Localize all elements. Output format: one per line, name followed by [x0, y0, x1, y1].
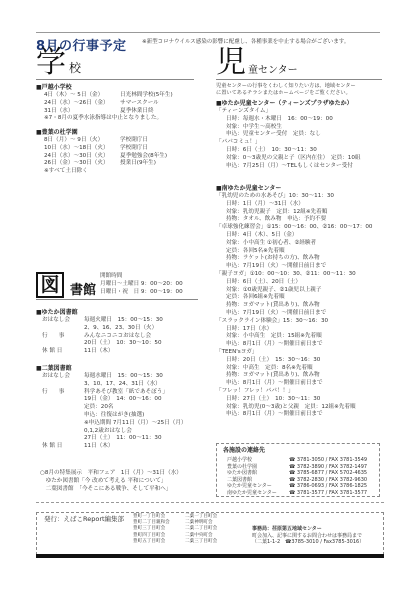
library-heading: 図 書館 — [36, 272, 96, 298]
row-event: サマースクール — [120, 100, 159, 108]
row-line: 申込：往復はがき(抽選) — [84, 412, 187, 420]
office-label: 事務局：荏原第五地域センター — [252, 526, 364, 533]
top-rule — [36, 32, 380, 33]
event-line: 持物：ヨガマット(貸出あり)、飲み物 — [216, 372, 372, 380]
assoc-col-2: 二葉一丁目町会 二葉神明町会 二葉二丁目町会 二葉中央町会 二葉三丁目町会 — [185, 514, 217, 545]
event-line: 申込：7月25日（月）～TELもしくはセンター受付 — [216, 163, 361, 171]
event-line: 持物：ヨガマット(貸出あり)、飲み物 — [216, 302, 372, 310]
row-line: 定員：20名 — [84, 404, 187, 412]
intro-line: に置いてあるチラシまたはホームページをご覧ください。 — [216, 90, 356, 97]
event-line: 定員：各回6組※先着順 — [216, 294, 372, 302]
contact-row: 南ゆたか児童センター☎ 3781-3577 / FAX 3781-3577 — [223, 490, 373, 497]
contacts-box: 各施設の連絡先 戸越小学校☎ 3781-3050 / FAX 3781-3549… — [216, 443, 380, 497]
event-line: 申込：7月19日（火）～開催日前日まで — [216, 310, 372, 318]
row-date: 4日（木）～ 5日（金） — [44, 92, 120, 100]
assoc-col-1: 豊町一丁目町会 豊町二丁目親和会 豊町三丁目町会 豊町四丁目町会 豊町五丁目町会 — [133, 514, 170, 545]
children-section-minami: ■南ゆたか児童センター 「乳幼児のための水あそび」10：30～11：30 日時：… — [216, 185, 372, 419]
row-line: 27日（土） 11：00～11：30 — [84, 435, 187, 443]
office-contact: （二葉1-1-2 ☎3785-3010 / Fax3785-3016） — [252, 539, 364, 546]
contact-info: 3786-0693 / FAX 3786-1825 — [297, 483, 367, 490]
row-key: 休 館 日 — [42, 443, 84, 451]
phone-icon: ☎ — [289, 457, 295, 464]
event-line: 日時：4日（木）、5日（金） — [216, 232, 372, 240]
contact-name: ゆたか図書館 — [227, 470, 289, 477]
school-big-char: 学 — [36, 48, 66, 78]
schedule-row: 4日（木）～ 5日（金）日光林間学校(5年生) — [36, 92, 173, 100]
event-line: 日時：27日（土） 10：30～11：30 — [216, 396, 372, 404]
event-line: 日時：6日（土） 10：30～11：30 — [216, 147, 361, 155]
children-rule — [216, 79, 382, 80]
row-key: 行 事 — [42, 333, 84, 349]
event-line: 日時：6日（土）、20日（土） — [216, 279, 372, 287]
office-info: 事務局：荏原第五地域センター 町会加入、記事に関するお問合わせは事務局まで （二… — [252, 526, 364, 546]
exhibit-line: ○8月の特集展示 平和フェア 1日（月）～31日（水） — [40, 470, 182, 478]
publisher: 発行：えばこReport編集部 — [44, 516, 124, 524]
school-section-toyoha: ■豊葉の杜学園 8日（月）～ 9日（火）学校閉庁日 10日（水）～18日（火）学… — [36, 129, 167, 176]
section-heading: ■戸越小学校 — [36, 84, 173, 92]
row-line: 11日（木） — [84, 443, 114, 451]
event-line: 申込：7月19日（火）～開催日前日まで — [216, 263, 372, 271]
row-line: 2、9、16、23、30日（火） — [84, 325, 163, 333]
row-line: 3、10、17、24、31日（水） — [84, 381, 163, 389]
phone-icon: ☎ — [289, 464, 295, 471]
library-row: 休 館 日11日（木） — [36, 443, 187, 451]
library-row: 行 事 科学あそび教室「紙であそぼう」 19日（金） 14：00～16：00 定… — [36, 389, 187, 444]
children-big-char: 児 — [216, 48, 246, 78]
divider — [36, 502, 384, 503]
phone-icon: ☎ — [289, 477, 295, 484]
hours-label: 開館時間 — [100, 273, 183, 281]
contact-row: 戸越小学校☎ 3781-3050 / FAX 3781-3549 — [223, 457, 373, 464]
contact-info: 3782-3890 / FAX 3782-1497 — [297, 464, 367, 471]
children-section-yutaka: ■ゆたか児童センター（ティーンズプラザゆたか） 「ティーンズタイム」 日時：毎週… — [216, 100, 361, 170]
library-rule — [36, 299, 198, 300]
library-icon: 図 — [36, 272, 64, 298]
contact-info: 3781-3577 / FAX 3781-3577 — [297, 490, 367, 497]
library-exhibit: ○8月の特集展示 平和フェア 1日（月）～31日（水） ゆたか図書館「今 改めて… — [40, 470, 182, 493]
intro-line: 児童センターの行事をくわしく知りたい方は、地域センター — [216, 83, 356, 90]
schedule-row: 10日（水）～18日（火）学校閉庁日 — [36, 145, 167, 153]
event-title: 「スラックライン体験会」15：30～16：30 — [216, 318, 372, 326]
section-heading: ■二葉図書館 — [36, 365, 187, 373]
row-key: 休 館 日 — [42, 348, 84, 356]
schedule-row: 24日（水）～26日（金）サマースクール — [36, 100, 173, 108]
library-subhead: 書館 — [70, 279, 96, 298]
section-heading: ■ゆたか図書館 — [36, 309, 163, 317]
hours-weekday: 月曜日～土曜日 9：00～20：00 — [100, 281, 183, 289]
row-key: おはなし会 — [42, 317, 84, 333]
phone-icon: ☎ — [289, 470, 295, 477]
contact-name: 戸越小学校 — [227, 457, 289, 464]
row-line: 毎週水曜日 15：00～15：30 — [84, 373, 163, 381]
event-line: 日時：毎週水・木曜日 16：00～19：00 — [216, 116, 361, 124]
event-line: 持物：ラケット(お持ちの方)、飲み物 — [216, 255, 372, 263]
row-date: 10日（水）～18日（火） — [44, 145, 120, 153]
event-line: 申込：8月1日（月）～開催日前日まで — [216, 341, 372, 349]
exhibit-line: 二葉図書館 「今そこにある戦争、そして平和へ」 — [40, 486, 182, 494]
event-line: 対象：0～3歳児の父親と子（区内在住） 定員：10組 — [216, 155, 361, 163]
row-event: 学校閉庁日 — [120, 145, 148, 153]
school-subhead: 校 — [69, 59, 81, 76]
children-intro: 児童センターの行事をくわしく知りたい方は、地域センター に置いてあるチラシまたは… — [216, 83, 356, 97]
contacts-title: 各施設の連絡先 — [223, 447, 373, 455]
school-rule — [36, 79, 194, 80]
row-event: 学校閉庁日 — [120, 137, 148, 145]
section-heading: ■南ゆたか児童センター — [216, 185, 372, 193]
event-title: 「ティーンズタイム」 — [216, 108, 361, 116]
contact-info: 3785-6877 / FAX 5702-4635 — [297, 470, 367, 477]
section-note: ※7・8月の夏季水泳指導は中止となりました。 — [36, 115, 173, 123]
phone-icon: ☎ — [289, 483, 295, 490]
library-row: 休 館 日11日（木） — [36, 348, 163, 356]
event-line: 対象：小中高生 ①初心者、②経験者 — [216, 240, 372, 248]
row-line: ※申込期間 7月11日（月）～25日（月） — [84, 420, 187, 428]
library-row: おはなし会毎週火曜日 15：00～15：302、9、16、23、30日（火） — [36, 317, 163, 333]
phone-icon: ☎ — [289, 490, 295, 497]
school-section-togoshi: ■戸越小学校 4日（木）～ 5日（金）日光林間学校(5年生) 24日（水）～26… — [36, 84, 173, 123]
contact-info: 3781-3050 / FAX 3781-3549 — [297, 457, 367, 464]
schedule-row: 8日（月）～ 9日（火）学校閉庁日 — [36, 137, 167, 145]
event-title: 「パパコミュ！」 — [216, 139, 361, 147]
library-row: 行 事みんなニコニコおはなし会20日（土） 10：30～10：50 — [36, 333, 163, 349]
event-line: 申込：8月1日（月）～開催日前日まで — [216, 380, 372, 388]
assoc-item: 豊町五丁目町会 — [133, 539, 170, 545]
event-title: 「フレッ！フレッ！パパ！！」 — [216, 388, 372, 396]
library-section-futaba: ■二葉図書館 おはなし会毎週水曜日 15：00～15：303、10、17、24、… — [36, 365, 187, 451]
section-heading: ■ゆたか児童センター（ティーンズプラザゆたか） — [216, 100, 361, 108]
library-section-yutaka: ■ゆたか図書館 おはなし会毎週火曜日 15：00～15：302、9、16、23、… — [36, 309, 163, 356]
row-date: 8日（月）～ 9日（火） — [44, 137, 120, 145]
row-date: 24日（水）～26日（金） — [44, 100, 120, 108]
event-line: 日時：1日（月）～31日（水） — [216, 201, 372, 209]
row-key: おはなし会 — [42, 373, 84, 389]
row-event: 授業日(9年生) — [120, 160, 156, 168]
section-note: ※すべて土日除く — [36, 168, 167, 176]
hours-holiday: 日曜日・祝 日 9：00～19：00 — [100, 289, 183, 297]
covid-notice: ※新型コロナウイルス感染の影響に配慮し、各種事業を中止する場合がございます。 — [142, 37, 349, 45]
footer-bar — [36, 554, 384, 558]
contact-name: ゆたか児童センター — [227, 483, 289, 490]
library-row: おはなし会毎週水曜日 15：00～15：303、10、17、24、31日（水） — [36, 373, 187, 389]
contact-info: 3782-2830 / FAX 3782-9630 — [297, 477, 367, 484]
library-hours: 開館時間 月曜日～土曜日 9：00～20：00 日曜日・祝 日 9：00～19：… — [100, 273, 183, 296]
children-heading: 児 童センター — [216, 48, 298, 78]
event-title: 「卓球強化練習会」①15：00～16：00、②16：00～17：00 — [216, 224, 372, 232]
contact-row: ゆたか児童センター☎ 3786-0693 / FAX 3786-1825 — [223, 483, 373, 490]
contact-name: 南ゆたか児童センター — [227, 490, 289, 497]
row-event: 日光林間学校(5年生) — [120, 92, 173, 100]
event-line: 対象：小中高生 定員：15組※先着順 — [216, 333, 372, 341]
assoc-item: 二葉三丁目町会 — [185, 539, 217, 545]
event-title: 「親子ヨガ」①10：00～10：30、②11：00～11：30 — [216, 271, 372, 279]
event-title: 「TEEN'sヨガ」 — [216, 349, 372, 357]
event-line: 日時：20日（土） 15：30～16：30 — [216, 357, 372, 365]
row-line: 毎週火曜日 15：00～15：30 — [84, 317, 163, 325]
row-key: 行 事 — [42, 389, 84, 444]
school-heading: 学 校 — [36, 48, 81, 78]
section-heading: ■豊葉の杜学園 — [36, 129, 167, 137]
row-line: 11日（木） — [84, 348, 114, 356]
children-subhead: 童センター — [248, 61, 298, 76]
exhibit-line: ゆたか図書館「今 改めて考える 平和について」 — [40, 478, 182, 486]
event-line: 申込：8月1日（月）～開催日前日まで — [216, 411, 372, 419]
event-title: 「乳幼児のための水あそび」10：30～11：30 — [216, 193, 372, 201]
contact-row: ゆたか図書館☎ 3785-6877 / FAX 5702-4635 — [223, 470, 373, 477]
